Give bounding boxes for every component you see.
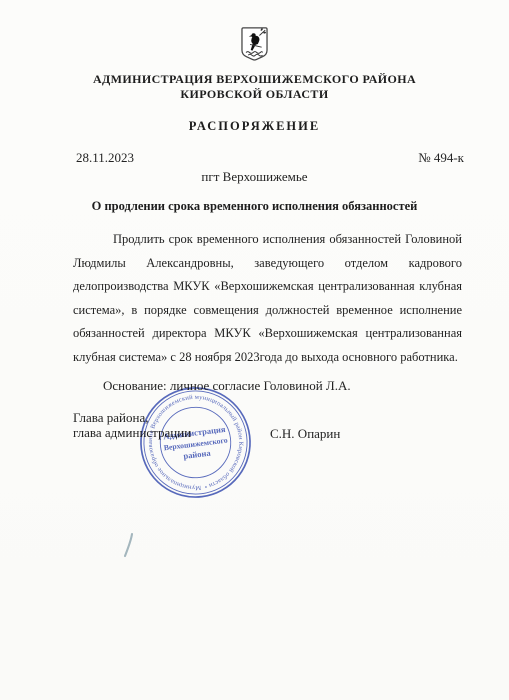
document-body: Продлить срок временного исполнения обяз… bbox=[73, 228, 462, 369]
document-subject: О продлении срока временного исполнения … bbox=[0, 198, 509, 215]
body-line: клубная система» с 28 ноября 2023года до… bbox=[73, 346, 462, 370]
stamp-center-line3: района bbox=[183, 448, 212, 461]
document-type-title: РАСПОРЯЖЕНИЕ bbox=[0, 119, 509, 134]
signatory-name: С.Н. Опарин bbox=[270, 427, 340, 442]
organization-name-line2: КИРОВСКОЙ ОБЛАСТИ bbox=[0, 87, 509, 102]
organization-name-line1: АДМИНИСТРАЦИЯ ВЕРХОШИЖЕМСКОГО РАЙОНА bbox=[0, 72, 509, 87]
round-stamp: Муниципальное образование Верхошижемский… bbox=[129, 376, 262, 509]
coat-of-arms-icon bbox=[241, 27, 268, 61]
document-header: АДМИНИСТРАЦИЯ ВЕРХОШИЖЕМСКОГО РАЙОНА КИР… bbox=[0, 0, 509, 134]
document-number: № 494-к bbox=[418, 149, 464, 166]
pen-mark bbox=[122, 532, 136, 560]
document-place: пгт Верхошижемье bbox=[0, 168, 509, 185]
meta-row: 28.11.2023 № 494-к bbox=[76, 149, 464, 166]
body-line: система», в порядке совмещения должносте… bbox=[73, 299, 462, 323]
body-line: Людмилы Александровны, заведующего отдел… bbox=[73, 252, 462, 276]
document-date: 28.11.2023 bbox=[76, 149, 134, 166]
signatory-title-line2: глава администрации bbox=[73, 426, 462, 441]
body-line: делопроизводства МКУК «Верхошижемская це… bbox=[73, 275, 462, 299]
body-line: обязанностей директора МКУК «Верхошижемс… bbox=[73, 322, 462, 346]
body-line: Продлить срок временного исполнения обяз… bbox=[73, 228, 462, 252]
document-page: АДМИНИСТРАЦИЯ ВЕРХОШИЖЕМСКОГО РАЙОНА КИР… bbox=[0, 0, 509, 700]
